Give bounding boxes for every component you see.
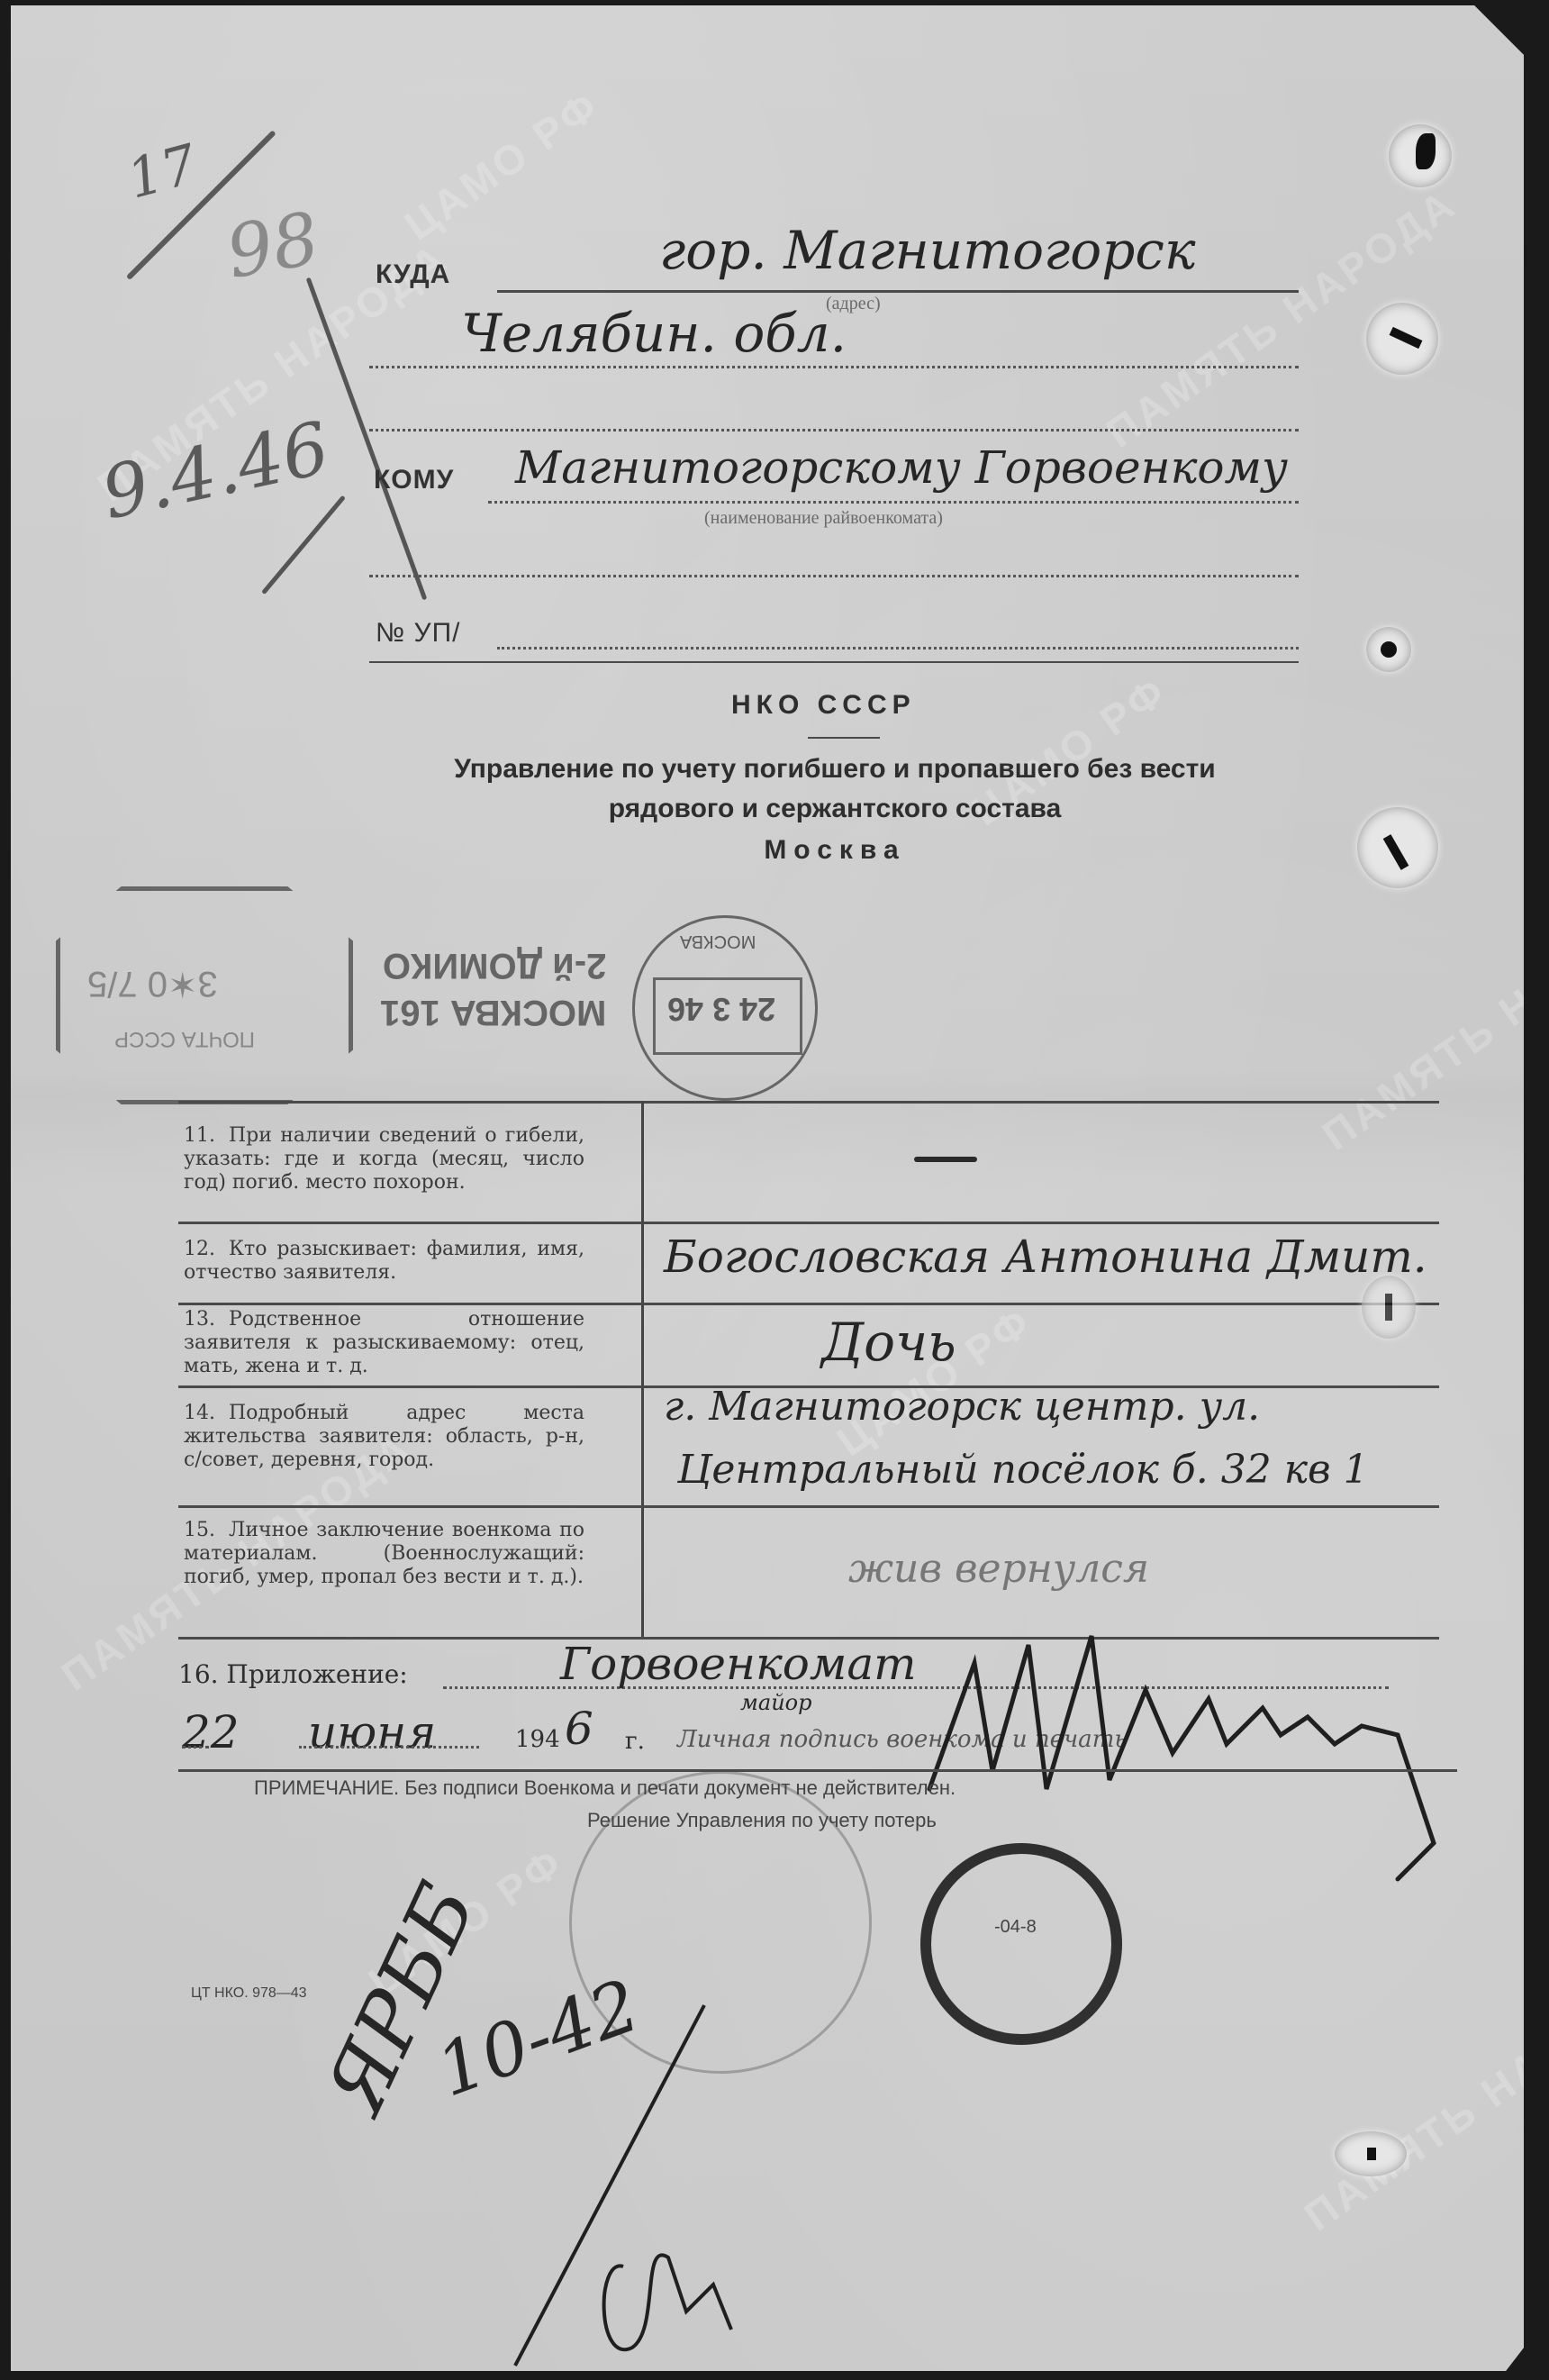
table-top-border [178, 1101, 1439, 1104]
date-day: 22 [182, 1706, 240, 1758]
up-line [497, 647, 1299, 650]
komu-caption: (наименование райвоенкомата) [704, 508, 943, 529]
kuda-value-2: Челябин. обл. [461, 303, 847, 364]
hole [1357, 807, 1438, 888]
footer-rule [178, 1769, 1457, 1772]
row-divider [178, 1303, 1439, 1305]
org-title: НКО СССР [731, 690, 916, 721]
postmark: 24 3 46 МОСКВА [632, 915, 818, 1101]
row-12-label: 12.Кто разыскивает: фамилия, имя, отчест… [184, 1238, 584, 1285]
kuda-label: КУДА [376, 259, 450, 290]
attachment-value: Горвоенкомат [560, 1638, 917, 1690]
row-12-value: Богословская Антонина Дмит. [664, 1231, 1427, 1283]
row-15-label: 15.Личное заключение военкома по материа… [184, 1519, 584, 1589]
up-label: № УП/ [376, 618, 460, 649]
komu-value: Магнитогорскому Горвоенкому [515, 441, 1288, 494]
komu-label: КОМУ [374, 465, 454, 495]
row-14-value-1: г. Магнитогорск центр. ул. [664, 1384, 1260, 1430]
hole [1335, 2131, 1407, 2176]
hole [1366, 303, 1438, 375]
rank: майор [740, 1690, 811, 1715]
kuda-value: гор. Магнитогорск [659, 220, 1195, 281]
date-year-prefix: 194 [515, 1726, 560, 1753]
pencil-slash [261, 495, 346, 595]
hole [1362, 1276, 1416, 1339]
section-divider [369, 661, 1299, 663]
row-11-dash [914, 1157, 977, 1162]
date-g: г. [625, 1728, 645, 1755]
row-13-value: Дочь [821, 1312, 956, 1373]
date-line [299, 1746, 479, 1749]
kuda-line [497, 290, 1299, 293]
row-13-label: 13.Родственное отношение заявителя к раз… [184, 1308, 584, 1378]
hole [1389, 124, 1452, 187]
note: ПРИМЕЧАНИЕ. Без подписи Военкома и печат… [254, 1776, 956, 1800]
document-page: ПАМЯТЬ НАРОДА ЦАМО РФ ПАМЯТЬ НАРОДА ЦАМО… [11, 5, 1524, 2371]
row-divider [178, 1505, 1439, 1508]
row-divider [178, 1222, 1439, 1224]
title-rule [808, 737, 880, 739]
row-14-label: 14.Подробный адрес места жительства заяв… [184, 1402, 584, 1472]
blank-line [369, 429, 1299, 431]
mirrored-stamp: МОСКВА 161 2-й ДОМИКО [380, 942, 606, 1036]
table-column-divider [641, 1101, 644, 1637]
date-year-suffix: 6 [565, 1703, 593, 1755]
hole [1366, 627, 1411, 672]
octagon-stamp: 3✶0 7/5 ПОЧТА СССР [56, 886, 353, 1104]
city-title: Москва [371, 831, 1299, 870]
pencil-note-number: 17 [121, 132, 204, 211]
bottom-signature [461, 1987, 821, 2380]
row-14-value-2: Центральный посёлок б. 32 кв 1 [677, 1447, 1369, 1493]
date-month: июня [308, 1706, 436, 1758]
dept-title-1: Управление по учету погибшего и пропавше… [371, 749, 1299, 789]
kuda-line-2 [369, 366, 1299, 368]
attachment-label: 16. Приложение: [178, 1659, 408, 1689]
round-stamp: -04-8 [920, 1843, 1122, 2045]
komu-line [488, 501, 1299, 504]
row-11-label: 11.При наличии сведений о гибели, указат… [184, 1124, 584, 1195]
watermark: ПАМЯТЬ НАРОДА [1295, 1963, 1549, 2241]
row-15-value: жив вернулся [848, 1546, 1149, 1592]
watermark: ПАМЯТЬ НАРОДА [1313, 882, 1549, 1160]
blank-line [369, 575, 1299, 577]
date-line [182, 1746, 209, 1749]
print-code: ЦТ НКО. 978—43 [191, 1985, 307, 2002]
watermark: ЦАМО РФ [395, 80, 609, 250]
dept-title-2: рядового и сержантского состава [371, 789, 1299, 829]
